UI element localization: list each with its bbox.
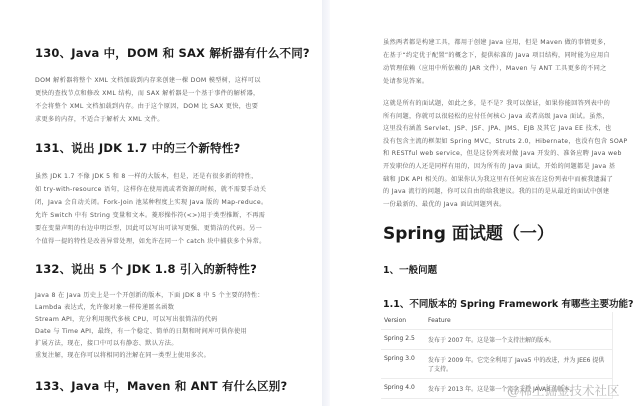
text-line: 没有包含主流的框架如 Spring MVC，Struts 2.0，Hiberna… [383, 136, 627, 149]
section-132-body: Java 8 在 Java 历史上是一个开创新的版本，下面 JDK 8 中 5 … [35, 290, 264, 362]
version-cell: Spring 2.5 [381, 330, 425, 350]
section-heading-131: 131、说出 JDK 1.7 中的三个新特性? [35, 140, 240, 156]
text-line: 一份最新的、最优的 Java 面试问题列表。 [383, 199, 627, 212]
text-line: 更快的查找节点和修改 XML 结构，而 SAX 解析器是一个基于事件的解析器， [35, 87, 261, 100]
text-line: 这就是所有的面试题，如此之多，是不是？我可以保证，如果你能回答列表中的 [383, 98, 627, 111]
text-line: 这里没有涵盖 Servlet、JSP、JSF、JPA、JMS、EJB 及其它 J… [383, 123, 627, 136]
closing-paragraph: 这就是所有的面试题，如此之多，是不是？我可以保证，如果你能回答列表中的 所有问题… [383, 98, 627, 211]
text-line: 闭，Java 会自动关闭。Fork-Join 池某种程度上实现 Java 版的 … [35, 196, 267, 209]
section-heading-132: 132、说出 5 个 JDK 1.8 引入的新特性? [35, 261, 257, 277]
text-line: Stream API，充分利用现代多核 CPU，可以写出很简洁的代码 [35, 314, 264, 326]
section-130-body: DOM 解析器将整个 XML 文档加载到内存来创建一棵 DOM 模型树，这样可以… [35, 74, 261, 126]
section-heading-130: 130、Java 中，DOM 和 SAX 解析器有什么不同? [35, 45, 310, 61]
table-row: Spring 3.0 发布于 2009 年。它完全利用了 Java5 中的改进，… [381, 350, 613, 379]
text-line: 的 Java 流行的问题，你可以自由的给我建议。我的目的是从最近的面试中创建 [383, 186, 627, 199]
version-cell: Spring 4.0 [381, 379, 425, 399]
text-line: Date 与 Time API，最终，有一个稳定、简单的日期和时间库可供你使用 [35, 326, 264, 338]
text-line: 要在变量声明的右边申明泛型，因此可以写出可读写更强、更简洁的代码。另一 [35, 222, 267, 235]
chapter-title: Spring 面试题（一） [383, 219, 554, 244]
watermark: @稀土掘金技术社区 [507, 381, 620, 399]
left-page: 130、Java 中，DOM 和 SAX 解析器有什么不同? DOM 解析器将整… [0, 0, 322, 406]
section-heading-133: 133、Java 中，Maven 和 ANT 有什么区别? [35, 378, 287, 394]
column-header-feature: Feature [425, 312, 613, 330]
text-line: 在基于“约定优于配置”的概念下，提供标准的 Java 项目结构，同时能为应用自 [383, 49, 610, 62]
section-131-body: 虽然 JDK 1.7 不像 JDK 5 和 8 一样的大版本，但是，还是有很多新… [35, 170, 267, 248]
text-line: 扩展方法，现在，接口中可以有静态、默认方法。 [35, 338, 264, 350]
column-header-version: Version [381, 312, 425, 330]
text-line: 允许 Switch 中有 String 变量和文本。菱形操作符(<>)用于类型推… [35, 209, 267, 222]
question-heading: 1.1、不同版本的 Spring Framework 有哪些主要功能? [383, 296, 633, 310]
text-line: Java 8 在 Java 历史上是一个开创新的版本，下面 JDK 8 中 5 … [35, 290, 264, 302]
text-line: 重复注解，现在你可以将相同的注解在同一类型上使用多次。 [35, 350, 264, 362]
version-cell: Spring 3.0 [381, 350, 425, 379]
text-line: Lambda 表达式，允许像对象一样传递匿名函数 [35, 302, 264, 314]
text-line: DOM 解析器将整个 XML 文档加载到内存来创建一棵 DOM 模型树，这样可以 [35, 74, 261, 87]
text-line: 求更多的内存，不适合于解析大 XML 文件。 [35, 113, 261, 126]
text-line: 虽然两者都是构建工具，都用于创建 Java 应用，但是 Maven 做的事情更多… [383, 36, 610, 49]
text-line: 开发职位的人还是同样有用的，因为所有的 Java 面试，开始的问题都是 Java… [383, 161, 627, 174]
text-line: 虽然 JDK 1.7 不像 JDK 5 和 8 一样的大版本，但是，还是有很多新… [35, 170, 267, 183]
text-line: 所有问题，你就可以很轻松的应付任何核心 Java 或者高级 Java 面试。虽然… [383, 111, 627, 124]
feature-cell: 发布于 2009 年。它完全利用了 Java5 中的改进，并为 JEE6 提供了… [425, 350, 613, 379]
maven-ant-answer: 虽然两者都是构建工具，都用于创建 Java 应用，但是 Maven 做的事情更多… [383, 36, 610, 88]
text-line: 础和 JDK API 相关的。如果你认为我这里有任何应该在这份列表中而被我遗漏了 [383, 174, 627, 187]
subsection-heading: 1、一般问题 [383, 262, 437, 276]
text-line: 不会将整个 XML 文档加载到内存。由于这个原因，DOM 比 SAX 更快，也要 [35, 100, 261, 113]
text-line: 处请参见答案。 [383, 75, 610, 88]
table-header-row: Version Feature [381, 312, 613, 330]
text-line: 动管理依赖（应用中所依赖的 JAR 文件），Maven 与 ANT 工具更多的不… [383, 62, 610, 75]
text-line: 如 try-with-resource 语句，这样你在使用流或者资源的时候，就不… [35, 183, 267, 196]
feature-cell: 发布于 2007 年。这是第一个支持注解的版本。 [425, 330, 613, 350]
table-row: Spring 2.5 发布于 2007 年。这是第一个支持注解的版本。 [381, 330, 613, 350]
text-line: 个值得一提的特性是改善异常处理，如允许在同一个 catch 块中捕获多个异常。 [35, 235, 267, 248]
text-line: 和 RESTful web service，但是这份列表对做 Java 开发的、… [383, 148, 627, 161]
